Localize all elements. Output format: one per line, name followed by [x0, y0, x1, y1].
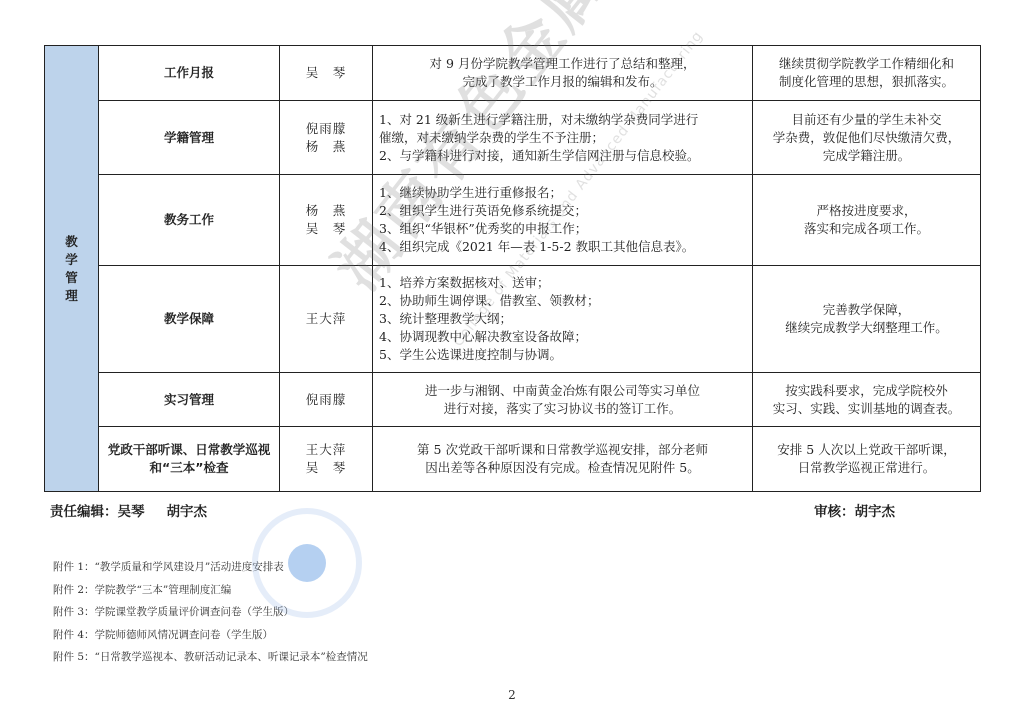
- content-line: 1、培养方案数据核对、送审；: [379, 274, 746, 292]
- content-line: 催缴，对未缴纳学杂费的学生不予注册；: [379, 129, 746, 147]
- content-cell: 对 9 月份学院教学管理工作进行了总结和整理， 完成了教学工作月报的编辑和发布。: [373, 46, 753, 101]
- content-line: 2、与学籍科进行对接，通知新生学信网注册与信息校验。: [379, 147, 746, 165]
- plan-cell: 安排 5 人次以上党政干部听课， 日常教学巡视正常进行。: [753, 427, 981, 492]
- content-cell: 1、对 21 级新生进行学籍注册，对未缴纳学杂费同学进行 催缴，对未缴纳学杂费的…: [373, 101, 753, 175]
- content-cell: 1、培养方案数据核对、送审； 2、协助师生调停课、借教室、领教材； 3、统计整理…: [373, 266, 753, 373]
- person-cell: 杨 燕 吴 琴: [280, 175, 373, 266]
- plan-cell: 继续贯彻学院教学工作精细化和 制度化管理的思想，狠抓落实。: [753, 46, 981, 101]
- person-name: 杨 燕: [286, 202, 366, 220]
- plan-line: 制度化管理的思想，狠抓落实。: [759, 73, 974, 91]
- plan-cell: 按实践科要求，完成学院校外 实习、实践、实训基地的调查表。: [753, 373, 981, 427]
- content-cell: 第 5 次党政干部听课和日常教学巡视安排，部分老师 因出差等各种原因没有完成。检…: [373, 427, 753, 492]
- content-line: 4、组织完成《2021 年—表 1-5-2 教职工其他信息表》。: [379, 238, 746, 256]
- attachment-item: 附件 4：学院师德师风情况调查问卷（学生版）: [53, 624, 368, 647]
- item-cell: 实习管理: [99, 373, 280, 427]
- plan-line: 严格按进度要求，: [759, 202, 974, 220]
- content-line: 完成了教学工作月报的编辑和发布。: [379, 73, 746, 91]
- table-row: 教学管理 工作月报 吴 琴 对 9 月份学院教学管理工作进行了总结和整理， 完成…: [45, 46, 981, 101]
- plan-line: 完成学籍注册。: [759, 147, 974, 165]
- plan-line: 落实和完成各项工作。: [759, 220, 974, 238]
- page-number: 2: [0, 688, 1024, 702]
- item-cell: 工作月报: [99, 46, 280, 101]
- content-line: 4、协调现教中心解决教室设备故障；: [379, 328, 746, 346]
- plan-line: 继续贯彻学院教学工作精细化和: [759, 55, 974, 73]
- plan-line: 学杂费，敦促他们尽快缴清欠费，: [759, 129, 974, 147]
- content-line: 进行对接，落实了实习协议书的签订工作。: [379, 400, 746, 418]
- item-cell: 党政干部听课、日常教学巡视和“三本”检查: [99, 427, 280, 492]
- attachment-item: 附件 2：学院教学“三本”管理制度汇编: [53, 579, 368, 602]
- plan-cell: 严格按进度要求， 落实和完成各项工作。: [753, 175, 981, 266]
- plan-line: 继续完成教学大纲整理工作。: [759, 319, 974, 337]
- plan-cell: 目前还有少量的学生未补交 学杂费，敦促他们尽快缴清欠费， 完成学籍注册。: [753, 101, 981, 175]
- category-label: 教学管理: [64, 233, 80, 305]
- item-cell: 学籍管理: [99, 101, 280, 175]
- table-row: 学籍管理 倪雨朦 杨 燕 1、对 21 级新生进行学籍注册，对未缴纳学杂费同学进…: [45, 101, 981, 175]
- table-row: 党政干部听课、日常教学巡视和“三本”检查 王大萍 吴 琴 第 5 次党政干部听课…: [45, 427, 981, 492]
- table-row: 教务工作 杨 燕 吴 琴 1、继续协助学生进行重修报名； 2、组织学生进行英语免…: [45, 175, 981, 266]
- person-cell: 吴 琴: [280, 46, 373, 101]
- person-name: 吴 琴: [286, 459, 366, 477]
- reviewer: 审核：胡宇杰: [814, 500, 895, 520]
- content-line: 2、协助师生调停课、借教室、领教材；: [379, 292, 746, 310]
- person-name: 王大萍: [286, 441, 366, 459]
- content-line: 对 9 月份学院教学管理工作进行了总结和整理，: [379, 55, 746, 73]
- person-name: 杨 燕: [286, 138, 366, 156]
- editor-label: 责任编辑：吴琴: [50, 504, 145, 520]
- person-name: 吴 琴: [286, 64, 366, 82]
- person-name: 倪雨朦: [286, 120, 366, 138]
- table-row: 实习管理 倪雨朦 进一步与湘钢、中南黄金冶炼有限公司等实习单位 进行对接，落实了…: [45, 373, 981, 427]
- content-cell: 进一步与湘钢、中南黄金冶炼有限公司等实习单位 进行对接，落实了实习协议书的签订工…: [373, 373, 753, 427]
- plan-line: 完善教学保障，: [759, 301, 974, 319]
- content-cell: 1、继续协助学生进行重修报名； 2、组织学生进行英语免修系统提交； 3、组织“华…: [373, 175, 753, 266]
- person-name: 倪雨朦: [286, 391, 366, 409]
- content-line: 进一步与湘钢、中南黄金冶炼有限公司等实习单位: [379, 382, 746, 400]
- person-cell: 王大萍 吴 琴: [280, 427, 373, 492]
- content-line: 5、学生公选课进度控制与协调。: [379, 346, 746, 364]
- person-name: 王大萍: [286, 310, 366, 328]
- person-name: 吴 琴: [286, 220, 366, 238]
- plan-line: 日常教学巡视正常进行。: [759, 459, 974, 477]
- responsible-editor: 责任编辑：吴琴胡宇杰: [50, 500, 207, 520]
- person-cell: 倪雨朦: [280, 373, 373, 427]
- person-cell: 王大萍: [280, 266, 373, 373]
- attachment-item: 附件 3：学院课堂教学质量评价调查问卷（学生版）: [53, 601, 368, 624]
- item-cell: 教务工作: [99, 175, 280, 266]
- category-cell: 教学管理: [45, 46, 99, 492]
- content-line: 3、组织“华银杯”优秀奖的申报工作；: [379, 220, 746, 238]
- plan-line: 目前还有少量的学生未补交: [759, 111, 974, 129]
- person-cell: 倪雨朦 杨 燕: [280, 101, 373, 175]
- item-cell: 教学保障: [99, 266, 280, 373]
- plan-line: 按实践科要求，完成学院校外: [759, 382, 974, 400]
- plan-line: 实习、实践、实训基地的调查表。: [759, 400, 974, 418]
- table-row: 教学保障 王大萍 1、培养方案数据核对、送审； 2、协助师生调停课、借教室、领教…: [45, 266, 981, 373]
- content-line: 1、继续协助学生进行重修报名；: [379, 184, 746, 202]
- content-line: 2、组织学生进行英语免修系统提交；: [379, 202, 746, 220]
- attachment-item: 附件 1：“教学质量和学风建设月”活动进度安排表: [53, 556, 368, 579]
- content-line: 3、统计整理教学大纲；: [379, 310, 746, 328]
- content-line: 1、对 21 级新生进行学籍注册，对未缴纳学杂费同学进行: [379, 111, 746, 129]
- plan-line: 安排 5 人次以上党政干部听课，: [759, 441, 974, 459]
- content-line: 第 5 次党政干部听课和日常教学巡视安排，部分老师: [379, 441, 746, 459]
- content-line: 因出差等各种原因没有完成。检查情况见附件 5。: [379, 459, 746, 477]
- work-report-table: 教学管理 工作月报 吴 琴 对 9 月份学院教学管理工作进行了总结和整理， 完成…: [44, 45, 981, 492]
- attachment-list: 附件 1：“教学质量和学风建设月”活动进度安排表 附件 2：学院教学“三本”管理…: [53, 556, 368, 669]
- editor-second-name: 胡宇杰: [167, 504, 208, 520]
- attachment-item: 附件 5：“日常教学巡视本、教研活动记录本、听课记录本”检查情况: [53, 646, 368, 669]
- plan-cell: 完善教学保障， 继续完成教学大纲整理工作。: [753, 266, 981, 373]
